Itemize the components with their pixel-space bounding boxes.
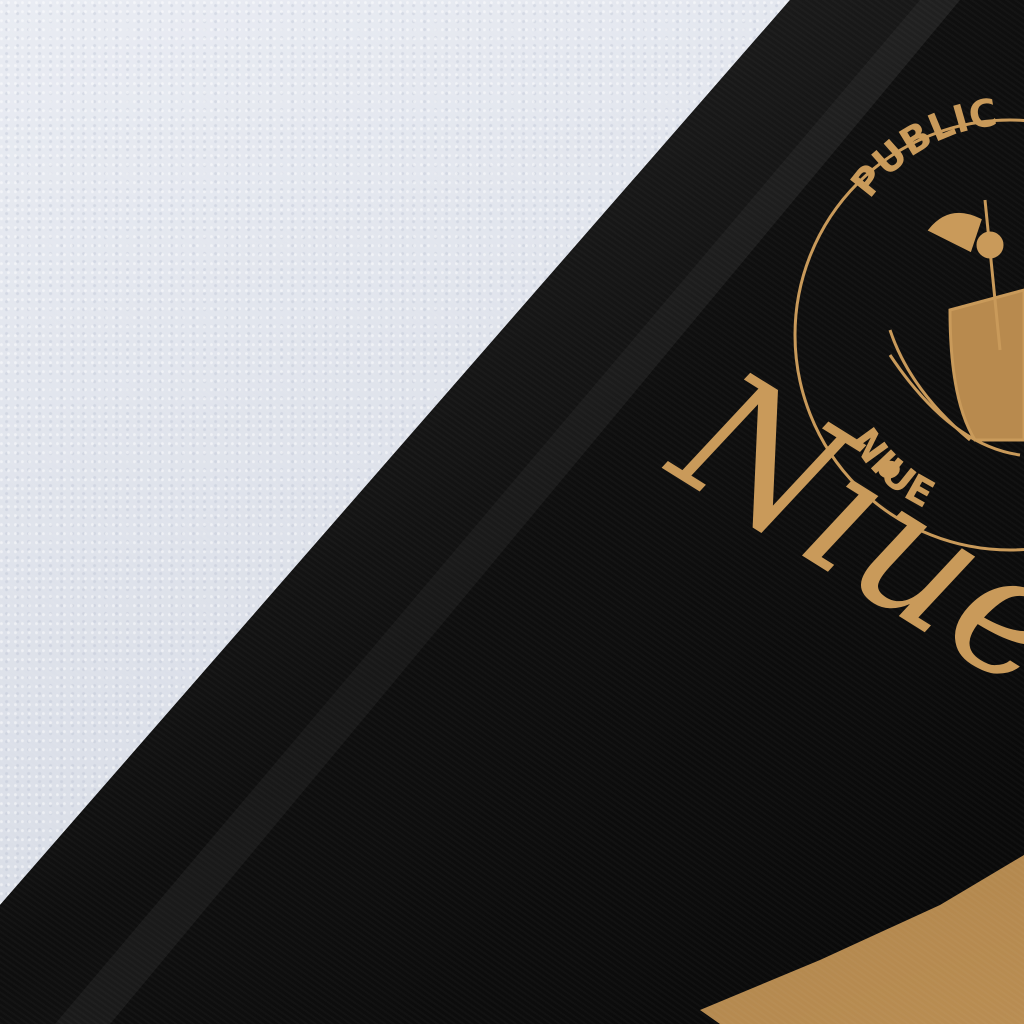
print-artwork: PUBLIC NIUE Niue <box>0 0 1024 1024</box>
product-photo: PUBLIC NIUE Niue <box>0 0 1024 1024</box>
coat-of-arms-icon <box>890 200 1024 455</box>
seal-top-text: PUBLIC <box>842 90 1000 205</box>
